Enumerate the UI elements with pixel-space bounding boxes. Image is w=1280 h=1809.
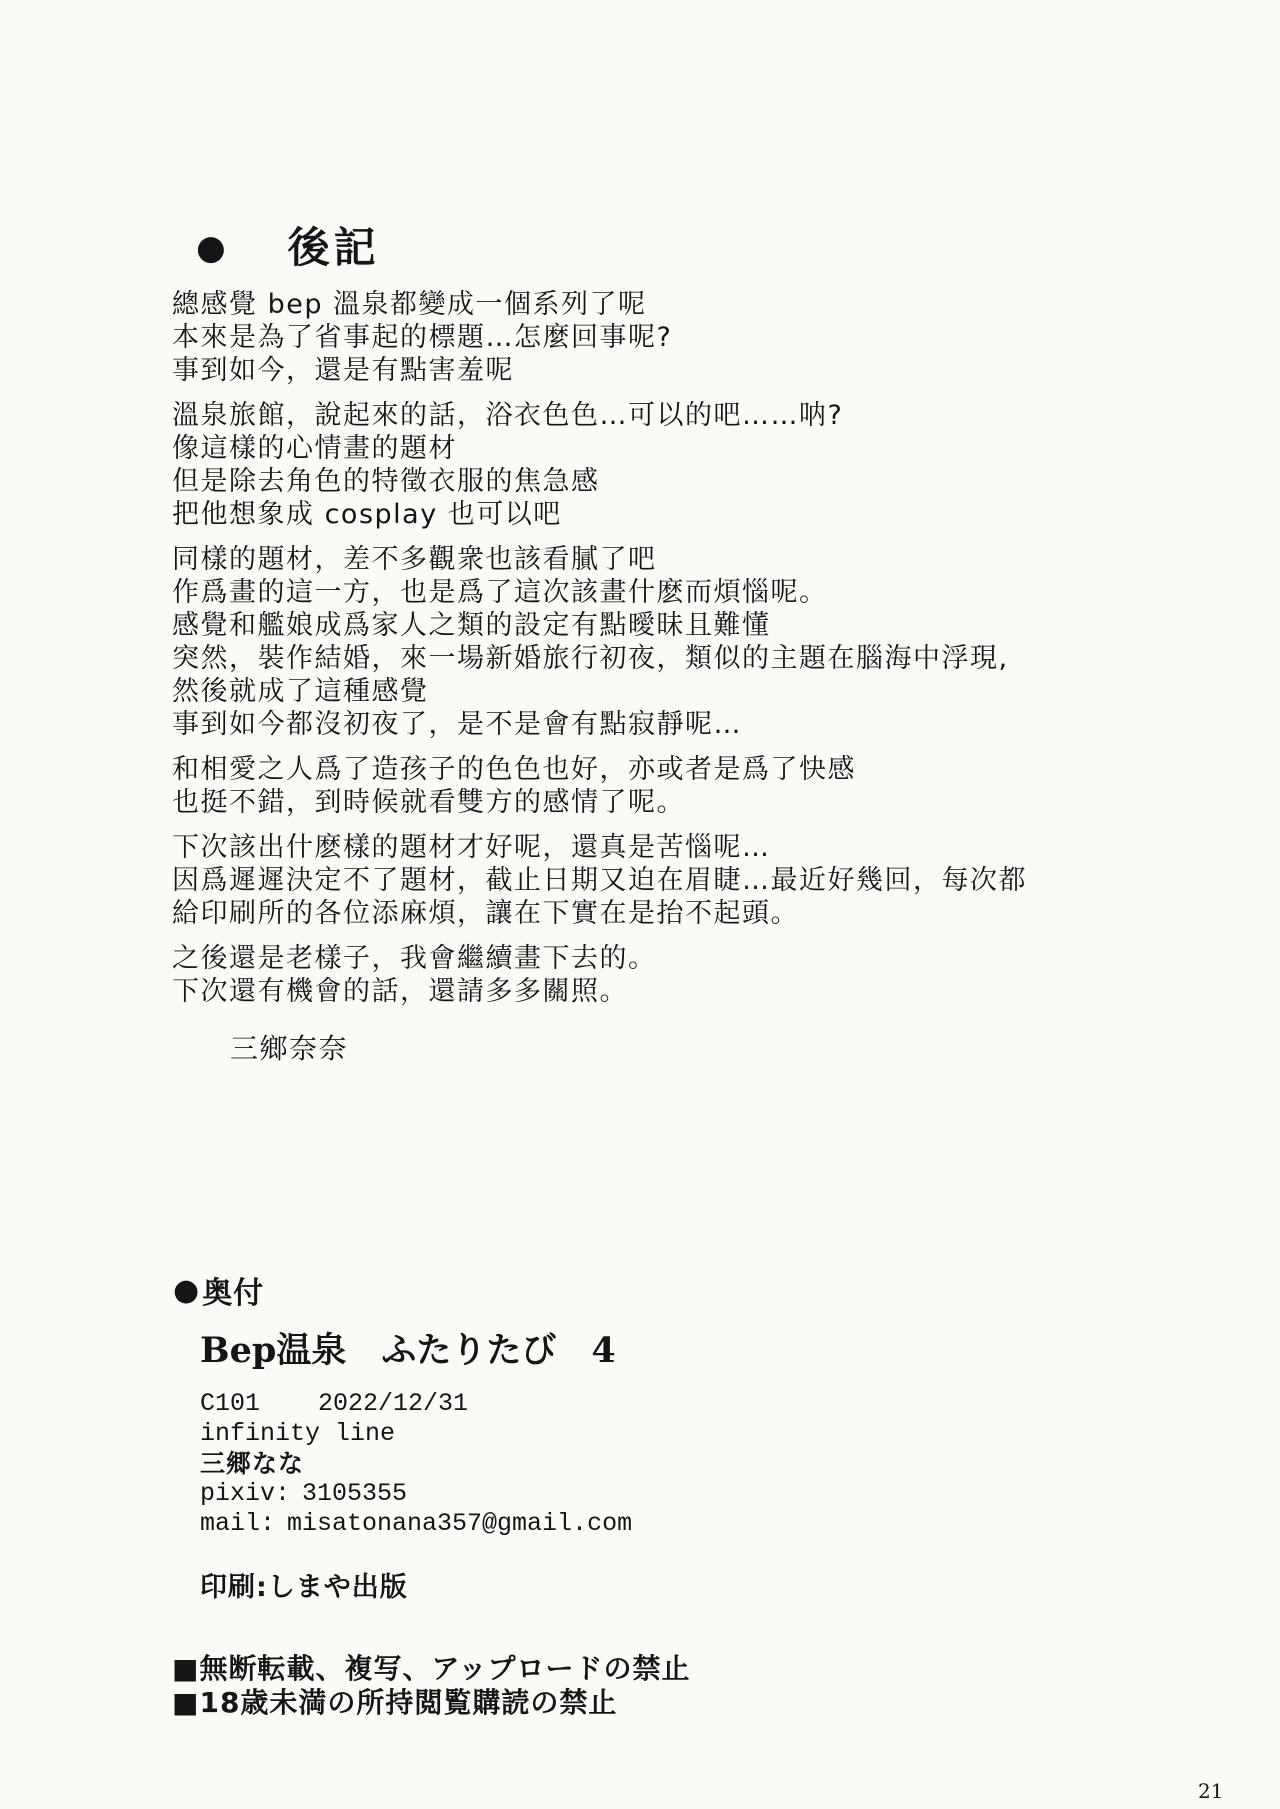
pixiv-row: pixiv: 3105355 [200,1479,632,1509]
legal-warnings: ■無断転載、複写、アップロードの禁止 ■18歳未満の所持閲覧購読の禁止 [172,1652,691,1720]
warning-line: ■18歳未満の所持閲覧購読の禁止 [172,1686,691,1720]
author-signature: 三鄉奈奈 [172,1032,1232,1065]
afterword-heading: ● 後記 [196,226,380,270]
colophon-info: C101 2022/12/31 infinity line 三郷なな pixiv… [200,1389,632,1539]
scanned-afterword-page: ● 後記 總感覺 bep 溫泉都變成一個系列了呢 本來是為了省事起的標題…怎麼回… [0,0,1280,1809]
afterword-line: 本來是為了省事起的標題…怎麼回事呢? [172,321,1232,354]
afterword-line: 也挺不錯，到時候就看雙方的感情了呢。 [172,786,1232,819]
page-number: 21 [1198,1779,1223,1803]
afterword-line: 下次還有機會的話，還請多多關照。 [172,975,1232,1008]
colophon-heading: ● 奥付 [173,1268,264,1312]
mail-row: mail: misatonana357@gmail.com [200,1509,632,1539]
colophon-heading-label: 奥付 [202,1268,264,1312]
bullet-circle-icon: ● [173,1273,200,1308]
afterword-line: 然後就成了這種感覺 [172,675,1232,708]
warning-line: ■無断転載、複写、アップロードの禁止 [172,1652,691,1686]
circle-name: infinity line [200,1419,632,1449]
afterword-paragraph: 同樣的題材，差不多觀衆也該看膩了吧 作爲畫的這一方，也是爲了這次該畫什麽而煩惱呢… [172,543,1232,741]
afterword-paragraph: 總感覺 bep 溫泉都變成一個系列了呢 本來是為了省事起的標題…怎麼回事呢? 事… [172,288,1232,387]
afterword-line: 給印刷所的各位添麻煩，讓在下實在是抬不起頭。 [172,897,1232,930]
author-name: 三郷なな [200,1449,304,1479]
afterword-line: 溫泉旅館，說起來的話，浴衣色色…可以的吧……呐? [172,399,1232,432]
afterword-paragraph: 下次該出什麽樣的題材才好呢，還真是苦惱呢… 因爲遲遲決定不了題材，截止日期又迫在… [172,831,1232,930]
spacer [260,1389,318,1419]
printer-credit: 印刷:しまや出版 [200,1565,408,1604]
book-title: Bep温泉 ふたりたび 4 [200,1323,616,1373]
mail-address: misatonana357@gmail.com [287,1509,632,1539]
afterword-line: 感覺和艦娘成爲家人之類的設定有點曖昧且難懂 [172,609,1232,642]
afterword-line: 因爲遲遲決定不了題材，截止日期又迫在眉睫…最近好幾回，每次都 [172,864,1232,897]
afterword-body: 總感覺 bep 溫泉都變成一個系列了呢 本來是為了省事起的標題…怎麼回事呢? 事… [172,288,1232,1065]
afterword-paragraph: 和相愛之人爲了造孩子的色色也好，亦或者是爲了快感 也挺不錯，到時候就看雙方的感情… [172,753,1232,819]
afterword-line: 和相愛之人爲了造孩子的色色也好，亦或者是爲了快感 [172,753,1232,786]
afterword-line: 下次該出什麽樣的題材才好呢，還真是苦惱呢… [172,831,1232,864]
afterword-line: 作爲畫的這一方，也是爲了這次該畫什麽而煩惱呢。 [172,576,1232,609]
afterword-line: 總感覺 bep 溫泉都變成一個系列了呢 [172,288,1232,321]
afterword-line: 但是除去角色的特徵衣服的焦急感 [172,465,1232,498]
event-name: C101 [200,1389,260,1419]
afterword-line: 事到如今，還是有點害羞呢 [172,354,1232,387]
afterword-title: 後記 [288,226,380,270]
pixiv-id: 3105355 [302,1479,407,1509]
author-name-row: 三郷なな [200,1449,632,1479]
afterword-paragraph: 之後還是老樣子，我會繼續畫下去的。 下次還有機會的話，還請多多關照。 [172,942,1232,1008]
afterword-line: 同樣的題材，差不多觀衆也該看膩了吧 [172,543,1232,576]
afterword-line: 把他想象成 cosplay 也可以吧 [172,498,1232,531]
afterword-paragraph: 溫泉旅館，說起來的話，浴衣色色…可以的吧……呐? 像這樣的心情畫的題材 但是除去… [172,399,1232,531]
bullet-circle-icon: ● [196,231,226,265]
pixiv-label: pixiv: [200,1479,290,1509]
mail-label: mail: [200,1509,275,1539]
afterword-line: 突然，裝作結婚，來一場新婚旅行初夜，類似的主題在腦海中浮現, [172,642,1232,675]
afterword-line: 之後還是老樣子，我會繼續畫下去的。 [172,942,1232,975]
afterword-line: 事到如今都沒初夜了，是不是會有點寂靜呢… [172,708,1232,741]
event-date: 2022/12/31 [318,1389,468,1419]
afterword-line: 像這樣的心情畫的題材 [172,432,1232,465]
event-date-row: C101 2022/12/31 [200,1389,632,1419]
